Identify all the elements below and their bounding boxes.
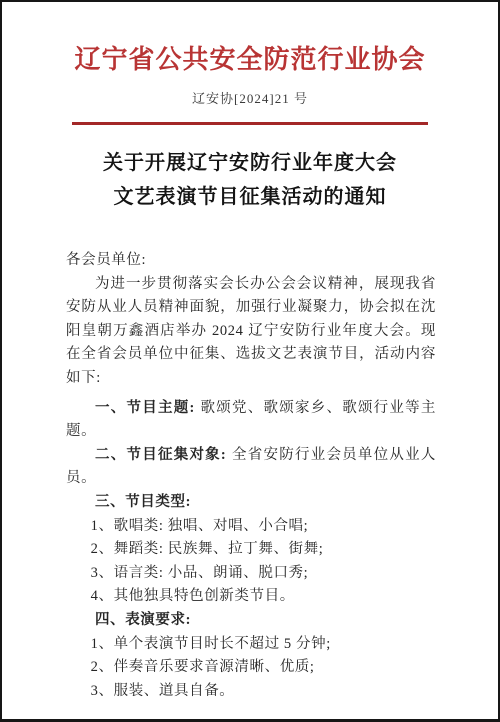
section-1-label: 一、节目主题: bbox=[95, 400, 195, 416]
notice-title-line2: 文艺表演节目征集活动的通知 bbox=[2, 180, 498, 214]
section-4-item-3: 3、服装、道具自备。 bbox=[66, 680, 436, 704]
document-page: 辽宁省公共安全防范行业协会 辽安协[2024]21 号 关于开展辽宁安防行业年度… bbox=[0, 0, 500, 722]
intro-paragraph: 为进一步贯彻落实会长办公会会议精神，展现我省安防从业人员精神面貌，加强行业凝聚力… bbox=[66, 273, 436, 391]
section-1-program-theme: 一、节目主题:歌颂党、歌颂家乡、歌颂行业等主题。 bbox=[66, 397, 436, 444]
salutation: 各会员单位: bbox=[66, 249, 436, 273]
section-4-item-2: 2、伴奏音乐要求音源清晰、优质; bbox=[66, 656, 436, 680]
section-4-item-1: 1、单个表演节目时长不超过 5 分钟; bbox=[66, 633, 436, 657]
section-3-item-4: 4、其他独具特色创新类节目。 bbox=[66, 585, 436, 609]
doc-number: 辽安协[2024]21 号 bbox=[2, 91, 498, 107]
section-3-label: 三、节目类型: bbox=[95, 494, 191, 510]
section-2-collection-target: 二、节目征集对象:全省安防行业会员单位从业人员。 bbox=[66, 444, 436, 491]
section-2-label: 二、节目征集对象: bbox=[95, 447, 226, 463]
org-title: 辽宁省公共安全防范行业协会 bbox=[22, 44, 478, 76]
notice-body: 各会员单位: 为进一步贯彻落实会长办公会会议精神，展现我省安防从业人员精神面貌，… bbox=[66, 249, 436, 703]
section-3-item-3: 3、语言类: 小品、朗诵、脱口秀; bbox=[66, 562, 436, 586]
red-divider-rule bbox=[72, 122, 428, 125]
notice-title: 关于开展辽宁安防行业年度大会 文艺表演节目征集活动的通知 bbox=[2, 146, 498, 214]
notice-title-line1: 关于开展辽宁安防行业年度大会 bbox=[2, 146, 498, 180]
section-3-item-1: 1、歌唱类: 独唱、对唱、小合唱; bbox=[66, 515, 436, 539]
section-4-performance-requirements: 四、表演要求: bbox=[66, 609, 436, 633]
section-3-program-types: 三、节目类型: bbox=[66, 491, 436, 515]
section-3-item-2: 2、舞蹈类: 民族舞、拉丁舞、街舞; bbox=[66, 538, 436, 562]
section-4-label: 四、表演要求: bbox=[95, 612, 191, 628]
